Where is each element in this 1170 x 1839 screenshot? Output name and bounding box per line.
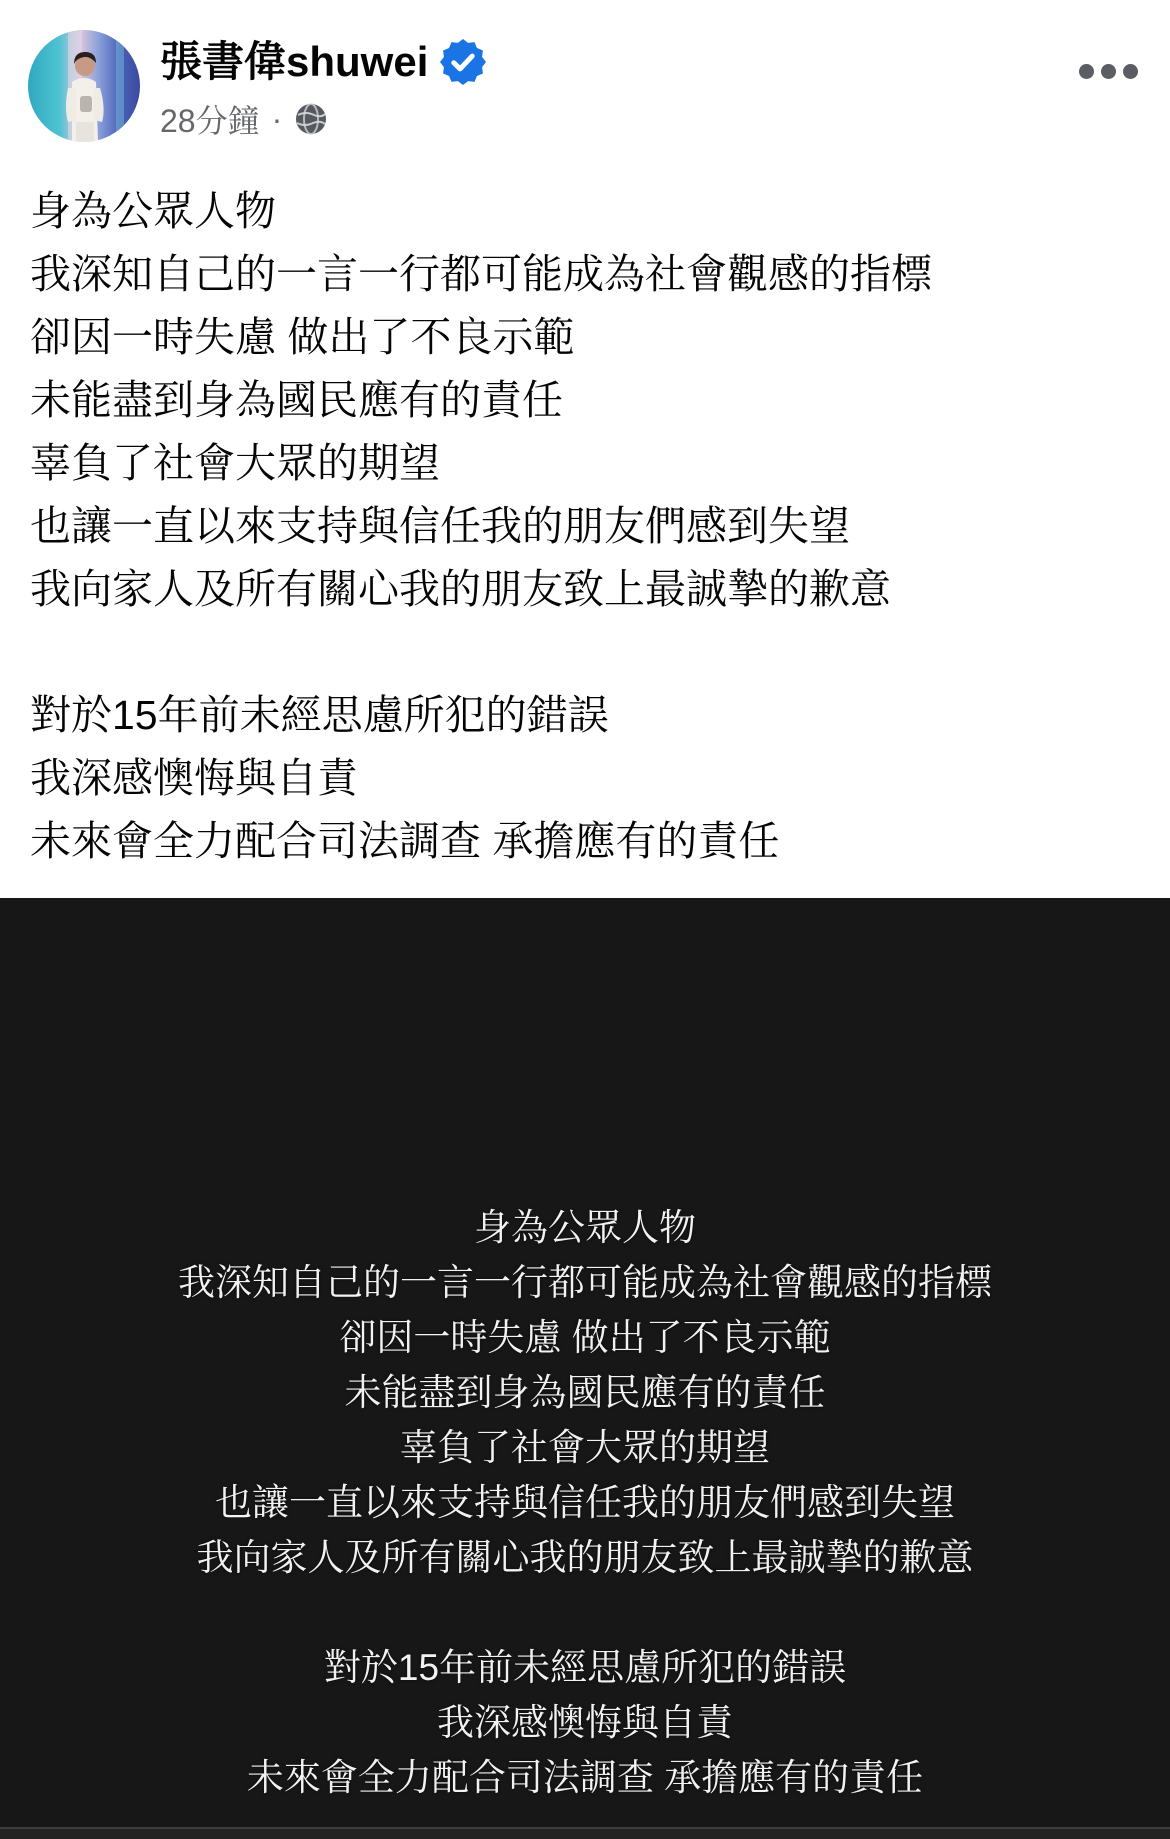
meta-separator: · <box>270 103 285 135</box>
post-text-line: 我向家人及所有關心我的朋友致上最誠摯的歉意 <box>30 558 1140 621</box>
header-info: 張書偉shuwei 28分鐘 · <box>160 30 486 142</box>
image-bottom-edge <box>0 1827 1170 1839</box>
avatar-stage-photo <box>28 30 140 142</box>
dot-icon <box>1079 64 1094 79</box>
post-text-blank-line <box>30 621 1140 684</box>
dot-icon <box>1101 64 1116 79</box>
name-row: 張書偉shuwei <box>160 38 486 86</box>
image-text-line: 對於15年前未經思慮所犯的錯誤 <box>0 1640 1170 1695</box>
post-text-line: 也讓一直以來支持與信任我的朋友們感到失望 <box>30 495 1140 558</box>
post-text-line: 卻因一時失慮 做出了不良示範 <box>30 306 1140 369</box>
post-text-line: 身為公眾人物 <box>30 180 1140 243</box>
image-text-line: 辜負了社會大眾的期望 <box>0 1420 1170 1475</box>
image-text-line: 我深感懊悔與自責 <box>0 1695 1170 1750</box>
image-statement-text: 身為公眾人物 我深知自己的一言一行都可能成為社會觀感的指標 卻因一時失慮 做出了… <box>0 898 1170 1805</box>
post-text: 身為公眾人物 我深知自己的一言一行都可能成為社會觀感的指標 卻因一時失慮 做出了… <box>0 142 1170 873</box>
globe-icon <box>294 102 328 136</box>
post-text-line: 辜負了社會大眾的期望 <box>30 432 1140 495</box>
timestamp[interactable]: 28分鐘 <box>160 96 260 142</box>
facebook-post: 張書偉shuwei 28分鐘 · <box>0 0 1170 1839</box>
image-text-line: 身為公眾人物 <box>0 1200 1170 1255</box>
post-text-line: 對於15年前未經思慮所犯的錯誤 <box>30 684 1140 747</box>
verified-badge-icon <box>440 39 486 85</box>
image-text-line: 卻因一時失慮 做出了不良示範 <box>0 1310 1170 1365</box>
post-text-line: 未能盡到身為國民應有的責任 <box>30 369 1140 432</box>
image-text-line: 未能盡到身為國民應有的責任 <box>0 1365 1170 1420</box>
image-text-line: 也讓一直以來支持與信任我的朋友們感到失望 <box>0 1475 1170 1530</box>
post-text-line: 未來會全力配合司法調查 承擔應有的責任 <box>30 810 1140 873</box>
image-text-blank-line <box>0 1585 1170 1640</box>
author-name[interactable]: 張書偉shuwei <box>160 38 428 86</box>
image-text-line: 未來會全力配合司法調查 承擔應有的責任 <box>0 1750 1170 1805</box>
post-text-line: 我深感懊悔與自責 <box>30 747 1140 810</box>
image-text-line: 我向家人及所有關心我的朋友致上最誠摯的歉意 <box>0 1530 1170 1585</box>
post-image[interactable]: 身為公眾人物 我深知自己的一言一行都可能成為社會觀感的指標 卻因一時失慮 做出了… <box>0 898 1170 1839</box>
dot-icon <box>1123 64 1138 79</box>
post-meta: 28分鐘 · <box>160 96 486 142</box>
post-text-line: 我深知自己的一言一行都可能成為社會觀感的指標 <box>30 243 1140 306</box>
more-options-button[interactable] <box>1073 58 1144 85</box>
post-header: 張書偉shuwei 28分鐘 · <box>0 0 1170 142</box>
avatar[interactable] <box>28 30 140 142</box>
image-text-line: 我深知自己的一言一行都可能成為社會觀感的指標 <box>0 1255 1170 1310</box>
